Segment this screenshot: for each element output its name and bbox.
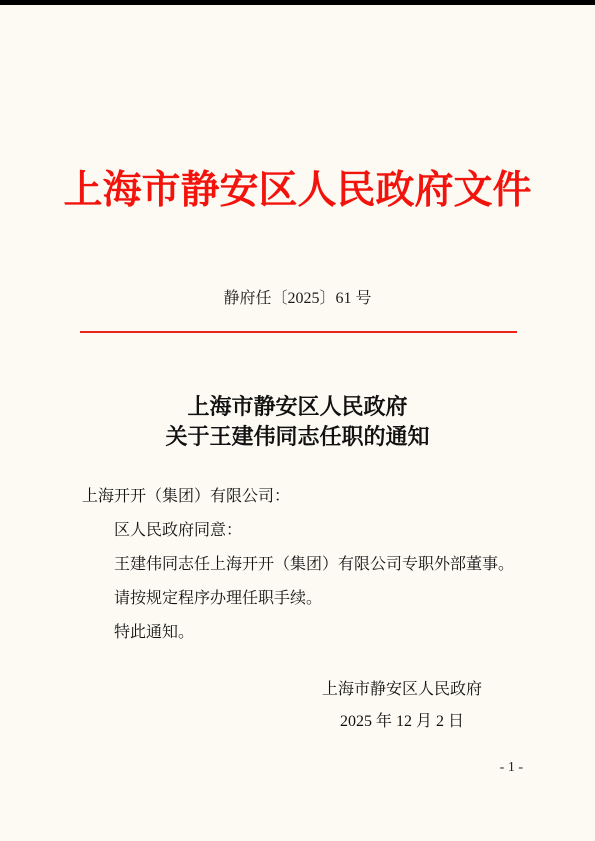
body-paragraph: 王建伟同志任上海开开（集团）有限公司专职外部董事。 <box>82 548 515 582</box>
signature-issuer: 上海市静安区人民政府 <box>287 674 517 706</box>
body-paragraph: 特此通知。 <box>82 616 515 650</box>
document-number: 静府任〔2025〕61 号 <box>0 288 595 310</box>
red-divider-line <box>80 331 517 333</box>
notice-title-line2: 关于王建伟同志任职的通知 <box>0 422 595 452</box>
signature-date: 2025 年 12 月 2 日 <box>287 706 517 738</box>
notice-title-line1: 上海市静安区人民政府 <box>0 392 595 422</box>
document-page: 上海市静安区人民政府文件 静府任〔2025〕61 号 上海市静安区人民政府 关于… <box>0 0 595 841</box>
notice-body: 上海开开（集团）有限公司： 区人民政府同意： 王建伟同志任上海开开（集团）有限公… <box>82 480 515 650</box>
top-edge-strip <box>0 0 595 5</box>
red-header-title: 上海市静安区人民政府文件 <box>0 168 595 214</box>
notice-title: 上海市静安区人民政府 关于王建伟同志任职的通知 <box>0 392 595 452</box>
page-number: - 1 - <box>0 758 595 778</box>
body-paragraph: 请按规定程序办理任职手续。 <box>82 582 515 616</box>
signature-block: 上海市静安区人民政府 2025 年 12 月 2 日 <box>287 674 517 738</box>
body-paragraph: 区人民政府同意： <box>82 514 515 548</box>
recipient-line: 上海开开（集团）有限公司： <box>82 480 515 514</box>
